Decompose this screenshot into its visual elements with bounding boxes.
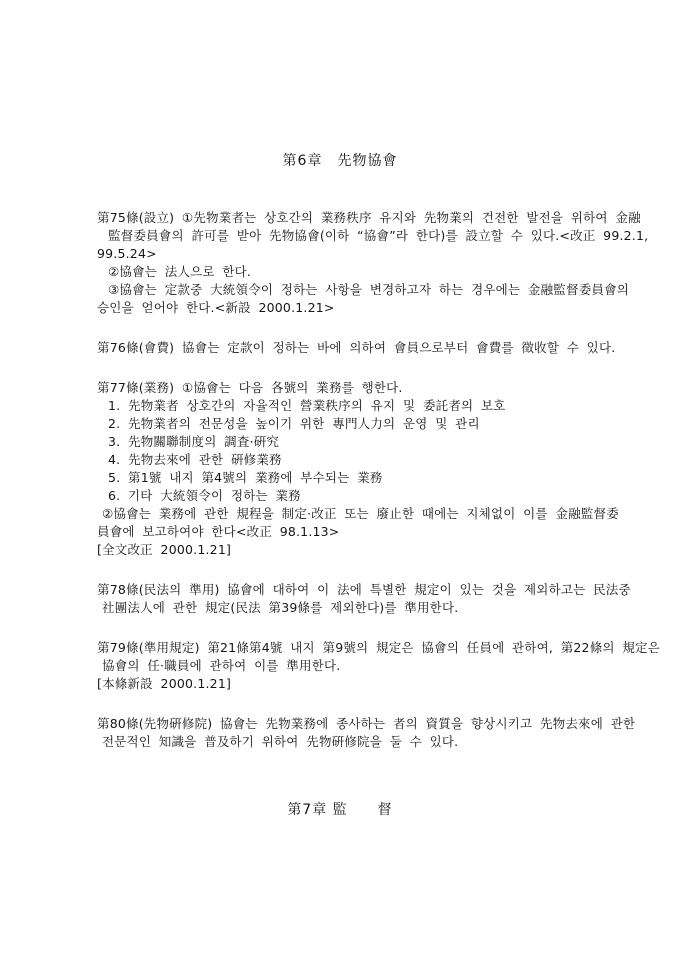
document-page: 第6章 先物協會 第75條(設立) ①先物業者는 상호간의 業務秩序 유지와 先…: [0, 0, 680, 962]
text-line: 第76條(會費) 協會는 定款이 정하는 바에 의하여 會員으로부터 會費를 徵…: [97, 339, 642, 357]
text-line: 第78條(民法의 準用) 協會에 대하여 이 法에 특별한 規定이 있는 것을 …: [97, 581, 642, 599]
chapter-7-heading: 第7章 監 督: [0, 799, 680, 819]
text-line: 監督委員會의 許可를 받아 先物協會(이하 “協會”라 한다)를 設立할 수 있…: [108, 227, 642, 245]
list-item-line: 5. 第1號 내지 第4號의 業務에 부수되는 業務: [108, 469, 642, 487]
revision-note-line: [全文改正 2000.1.21]: [97, 541, 642, 559]
text-line: 第75條(設立) ①先物業者는 상호간의 業務秩序 유지와 先物業의 건전한 발…: [97, 209, 642, 227]
list-item-line: 2. 先物業者의 전문성을 높이기 위한 專門人力의 운영 및 관리: [108, 415, 642, 433]
text-line: 員會에 보고하여야 한다<改正 98.1.13>: [97, 523, 642, 541]
text-line: 第77條(業務) ①協會는 다음 各號의 業務를 행한다.: [97, 379, 642, 397]
articles-body: 第75條(設立) ①先物業者는 상호간의 業務秩序 유지와 先物業의 건전한 발…: [97, 209, 642, 773]
text-line: 第80條(先物硏修院) 協會는 先物業務에 종사하는 者의 資質을 향상시키고 …: [97, 715, 642, 733]
list-item-line: 4. 先物去來에 관한 硏修業務: [108, 451, 642, 469]
article-78: 第78條(民法의 準用) 協會에 대하여 이 法에 특별한 規定이 있는 것을 …: [97, 581, 642, 617]
text-line: ③協會는 定款중 大統領令이 정하는 사항을 변경하고자 하는 경우에는 金融監…: [108, 281, 642, 299]
text-line: 第79條(準用規定) 第21條第4號 내지 第9號의 規定은 協會의 任員에 관…: [97, 639, 642, 657]
article-80: 第80條(先物硏修院) 協會는 先物業務에 종사하는 者의 資質을 향상시키고 …: [97, 715, 642, 751]
text-line: ②協會는 法人으로 한다.: [108, 263, 642, 281]
text-line: 전문적인 知識을 普及하기 위하여 先物硏修院을 둘 수 있다.: [102, 733, 642, 751]
chapter-6-heading: 第6章 先物協會: [0, 150, 680, 170]
list-item-line: 6. 기타 大統領令이 정하는 業務: [108, 487, 642, 505]
article-79: 第79條(準用規定) 第21條第4號 내지 第9號의 規定은 協會의 任員에 관…: [97, 639, 642, 693]
article-76: 第76條(會費) 協會는 定款이 정하는 바에 의하여 會員으로부터 會費를 徵…: [97, 339, 642, 357]
list-item-line: 1. 先物業者 상호간의 자율적인 營業秩序의 유지 및 委託者의 보호: [108, 397, 642, 415]
article-75: 第75條(設立) ①先物業者는 상호간의 業務秩序 유지와 先物業의 건전한 발…: [97, 209, 642, 317]
text-line: 社團法人에 관한 規定(民法 第39條를 제외한다)를 準用한다.: [102, 599, 642, 617]
text-line: 99.5.24>: [97, 245, 642, 263]
revision-note-line: [本條新設 2000.1.21]: [97, 675, 642, 693]
text-line: ②協會는 業務에 관한 規程을 制定·改正 또는 廢止한 때에는 지체없이 이를…: [102, 505, 642, 523]
text-line: 승인을 얻어야 한다.<新設 2000.1.21>: [97, 299, 642, 317]
text-line: 協會의 任·職員에 관하여 이를 準用한다.: [102, 657, 642, 675]
list-item-line: 3. 先物關聯制度의 調査·硏究: [108, 433, 642, 451]
article-77: 第77條(業務) ①協會는 다음 各號의 業務를 행한다. 1. 先物業者 상호…: [97, 379, 642, 559]
